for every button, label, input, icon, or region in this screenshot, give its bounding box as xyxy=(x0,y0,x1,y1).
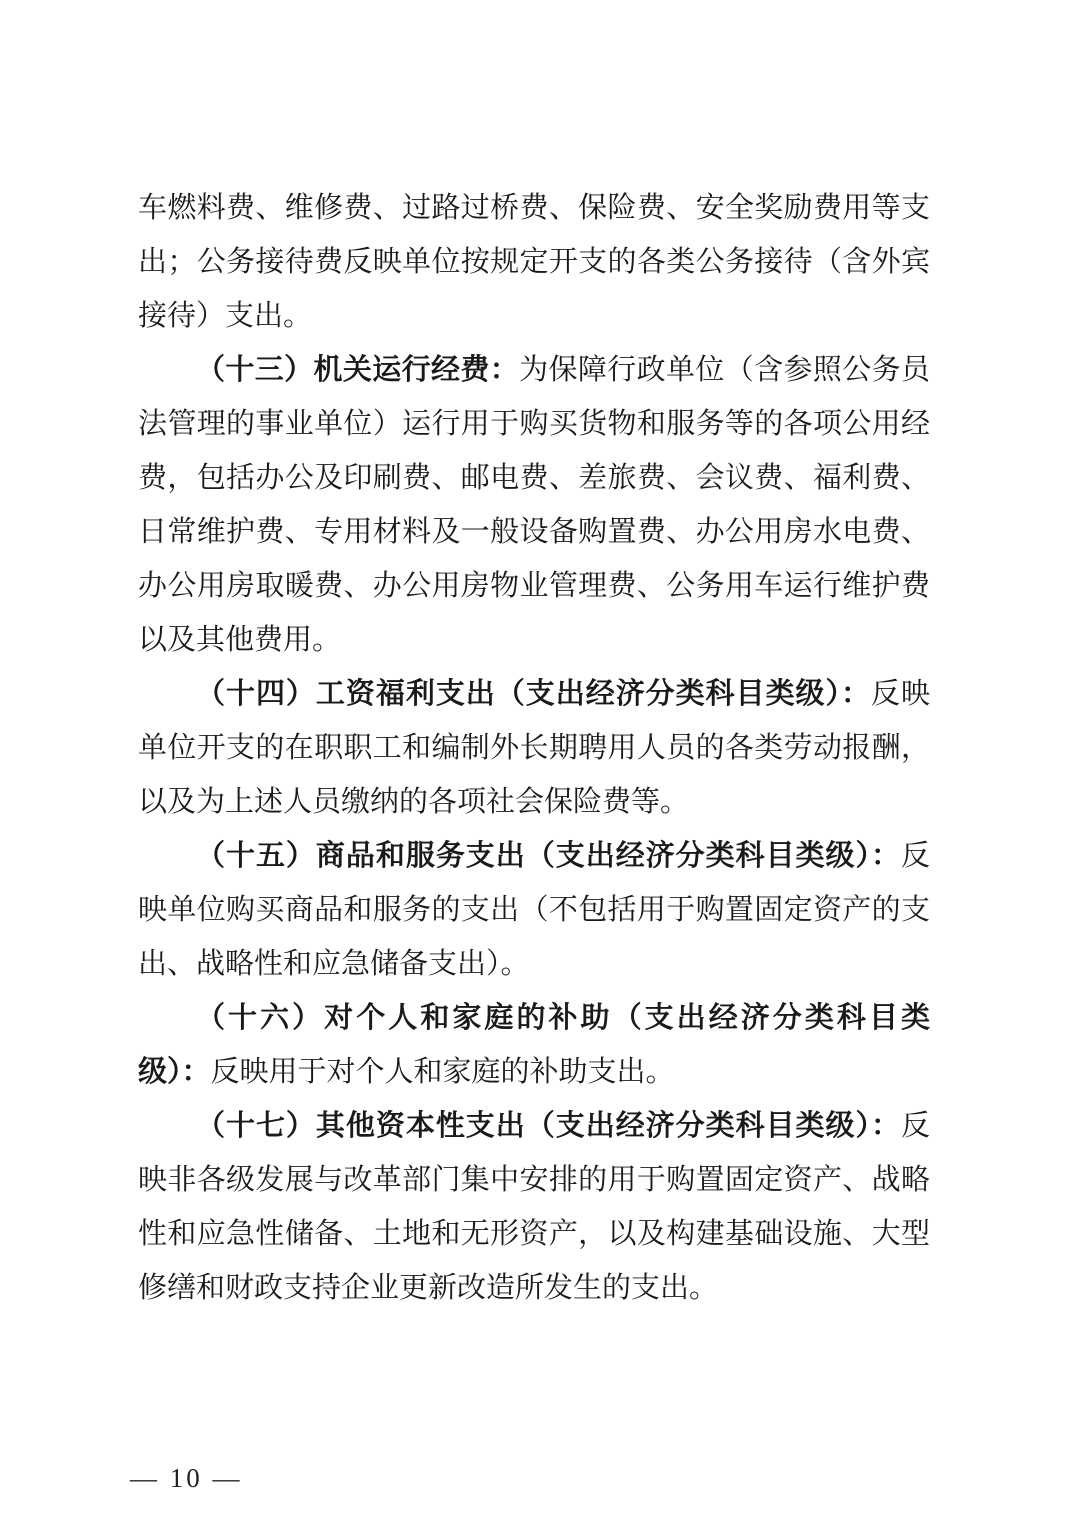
paragraph-body: 为保障行政单位（含参照公务员法管理的事业单位）运行用于购买货物和服务等的各项公用… xyxy=(138,354,930,656)
page-number: — 10 — xyxy=(130,1462,243,1494)
paragraph-item-16: （十六）对个人和家庭的补助（支出经济分类科目类级）：反映用于对个人和家庭的补助支… xyxy=(138,991,930,1099)
paragraph-head: （十三）机关运行经费： xyxy=(196,354,519,386)
paragraph-head: （十四）工资福利支出（支出经济分类科目类级）： xyxy=(196,678,871,710)
paragraph-body: 车燃料费、维修费、过路过桥费、保险费、安全奖励费用等支出；公务接待费反映单位按规… xyxy=(138,192,930,332)
paragraph-item-15: （十五）商品和服务支出（支出经济分类科目类级）：反映单位购买商品和服务的支出（不… xyxy=(138,829,930,991)
paragraph-head: （十七）其他资本性支出（支出经济分类科目类级）： xyxy=(196,1110,901,1142)
document-body-text: 车燃料费、维修费、过路过桥费、保险费、安全奖励费用等支出；公务接待费反映单位按规… xyxy=(138,181,930,1315)
paragraph-continuation: 车燃料费、维修费、过路过桥费、保险费、安全奖励费用等支出；公务接待费反映单位按规… xyxy=(138,181,930,343)
document-page: 车燃料费、维修费、过路过桥费、保险费、安全奖励费用等支出；公务接待费反映单位按规… xyxy=(0,0,1069,1515)
paragraph-head: （十五）商品和服务支出（支出经济分类科目类级）： xyxy=(196,840,901,872)
paragraph-item-17: （十七）其他资本性支出（支出经济分类科目类级）：反映非各级发展与改革部门集中安排… xyxy=(138,1099,930,1315)
paragraph-item-14: （十四）工资福利支出（支出经济分类科目类级）：反映单位开支的在职职工和编制外长期… xyxy=(138,667,930,829)
paragraph-body: 反映用于对个人和家庭的补助支出。 xyxy=(211,1056,675,1088)
paragraph-item-13: （十三）机关运行经费：为保障行政单位（含参照公务员法管理的事业单位）运行用于购买… xyxy=(138,343,930,667)
